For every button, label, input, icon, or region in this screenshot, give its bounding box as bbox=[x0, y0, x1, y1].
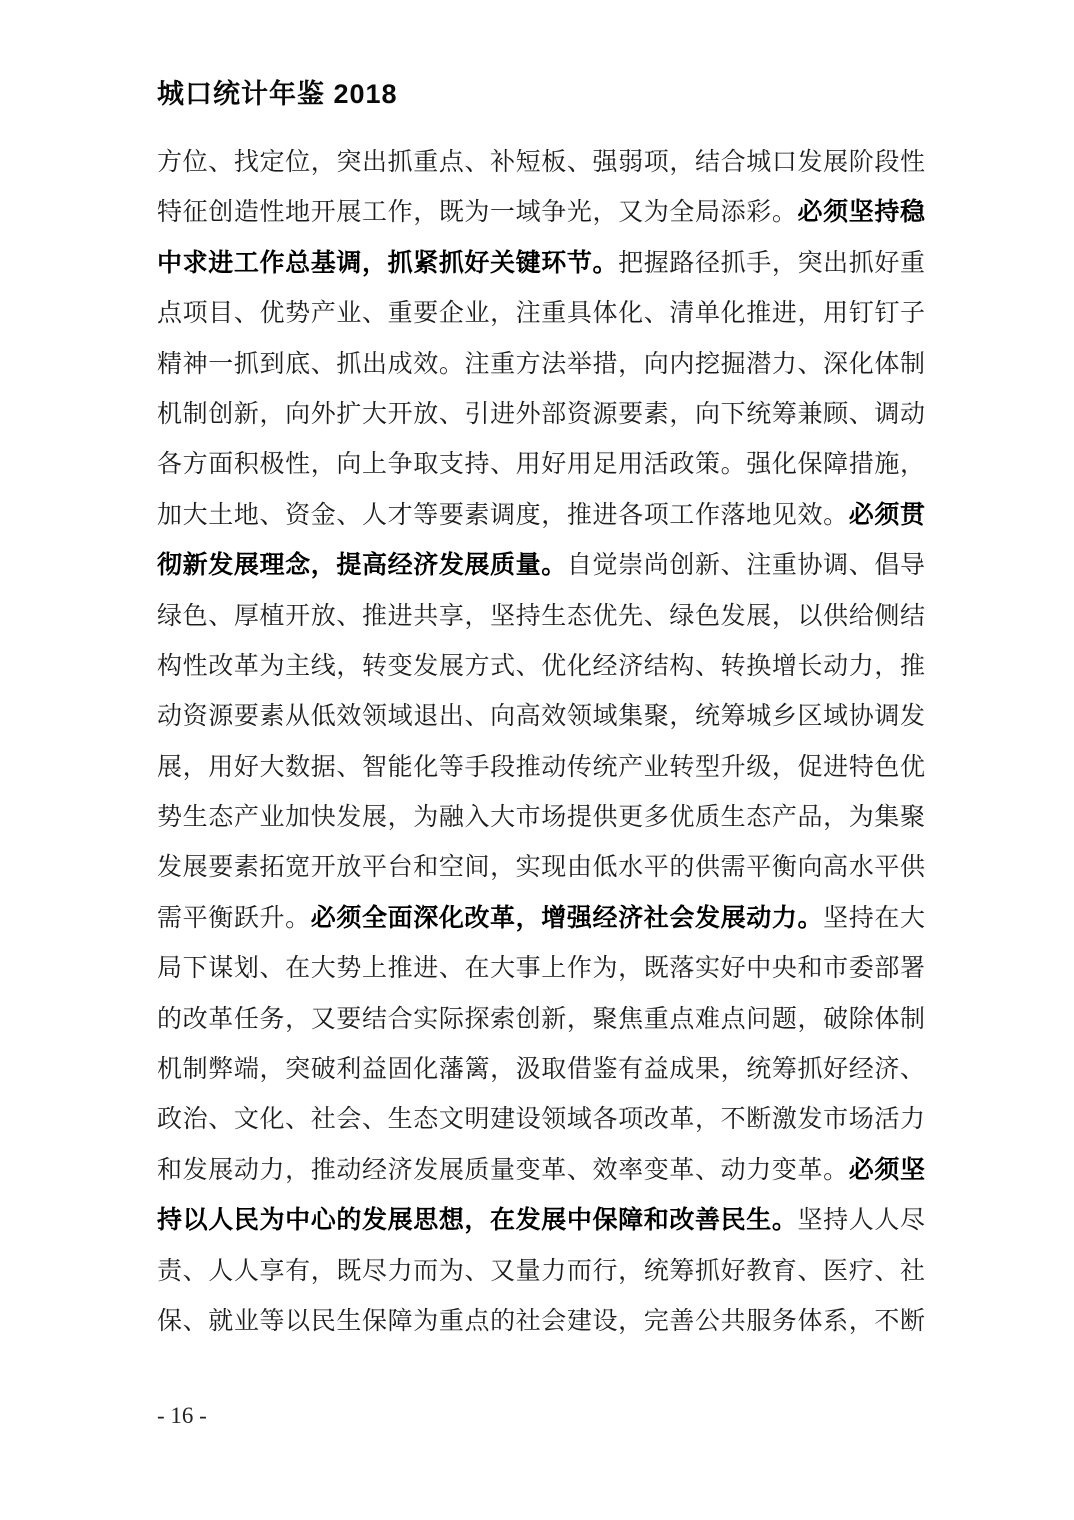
text-line: 精神一抓到底、抓出成效。注重方法举措，向内挖掘潜力、深化体制 bbox=[157, 340, 925, 390]
document-title: 城口统计年鉴 2018 bbox=[157, 78, 398, 110]
text-segment: 特征创造性地开展工作，既为一域争光，又为全局添彩。 bbox=[157, 199, 798, 226]
text-line: 责、人人享有，既尽力而为、又量力而行，统筹抓好教育、医疗、社 bbox=[157, 1247, 925, 1297]
text-segment: 机制弊端，突破利益固化藩篱，汲取借鉴有益成果，统筹抓好经济、 bbox=[157, 1056, 925, 1083]
text-line: 需平衡跃升。必须全面深化改革，增强经济社会发展动力。坚持在大 bbox=[157, 894, 925, 944]
text-segment: 坚持在大 bbox=[823, 905, 925, 932]
bold-text-segment: 必须全面深化改革，增强经济社会发展动力。 bbox=[311, 905, 823, 932]
text-segment: 机制创新，向外扩大开放、引进外部资源要素，向下统筹兼顾、调动 bbox=[157, 401, 925, 428]
body-text: 方位、找定位，突出抓重点、补短板、强弱项，结合城口发展阶段性特征创造性地开展工作… bbox=[157, 138, 925, 1347]
text-line: 展，用好大数据、智能化等手段推动传统产业转型升级，促进特色优 bbox=[157, 743, 925, 793]
text-segment: 把握路径抓手，突出抓好重 bbox=[618, 250, 925, 277]
text-segment: 加大土地、资金、人才等要素调度，推进各项工作落地见效。 bbox=[157, 502, 849, 529]
text-segment: 政治、文化、社会、生态文明建设领域各项改革，不断激发市场活力 bbox=[157, 1106, 925, 1133]
text-line: 彻新发展理念，提高经济发展质量。自觉崇尚创新、注重协调、倡导 bbox=[157, 541, 925, 591]
text-segment: 局下谋划、在大势上推进、在大事上作为，既落实好中央和市委部署 bbox=[157, 955, 925, 982]
text-segment: 势生态产业加快发展，为融入大市场提供更多优质生态产品，为集聚 bbox=[157, 804, 925, 831]
text-segment: 的改革任务，又要结合实际探索创新，聚焦重点难点问题，破除体制 bbox=[157, 1006, 925, 1033]
text-line: 动资源要素从低效领域退出、向高效领域集聚，统筹城乡区域协调发 bbox=[157, 692, 925, 742]
text-line: 机制弊端，突破利益固化藩篱，汲取借鉴有益成果，统筹抓好经济、 bbox=[157, 1045, 925, 1095]
text-line: 构性改革为主线，转变发展方式、优化经济结构、转换增长动力，推 bbox=[157, 642, 925, 692]
bold-text-segment: 必须贯 bbox=[849, 502, 925, 529]
text-line: 和发展动力，推动经济发展质量变革、效率变革、动力变革。必须坚 bbox=[157, 1146, 925, 1196]
text-line: 势生态产业加快发展，为融入大市场提供更多优质生态产品，为集聚 bbox=[157, 793, 925, 843]
text-line: 各方面积极性，向上争取支持、用好用足用活政策。强化保障措施， bbox=[157, 440, 925, 490]
text-line: 发展要素拓宽开放平台和空间，实现由低水平的供需平衡向高水平供 bbox=[157, 843, 925, 893]
text-line: 的改革任务，又要结合实际探索创新，聚焦重点难点问题，破除体制 bbox=[157, 995, 925, 1045]
bold-text-segment: 持以人民为中心的发展思想，在发展中保障和改善民生。 bbox=[157, 1207, 798, 1234]
text-segment: 动资源要素从低效领域退出、向高效领域集聚，统筹城乡区域协调发 bbox=[157, 703, 925, 730]
text-segment: 方位、找定位，突出抓重点、补短板、强弱项，结合城口发展阶段性 bbox=[157, 149, 925, 176]
text-line: 机制创新，向外扩大开放、引进外部资源要素，向下统筹兼顾、调动 bbox=[157, 390, 925, 440]
text-segment: 需平衡跃升。 bbox=[157, 905, 311, 932]
text-segment: 自觉崇尚创新、注重协调、倡导 bbox=[567, 552, 925, 579]
bold-text-segment: 中求进工作总基调，抓紧抓好关键环节。 bbox=[157, 250, 618, 277]
text-line: 绿色、厚植开放、推进共享，坚持生态优先、绿色发展，以供给侧结 bbox=[157, 592, 925, 642]
text-segment: 点项目、优势产业、重要企业，注重具体化、清单化推进，用钉钉子 bbox=[157, 300, 925, 327]
text-line: 中求进工作总基调，抓紧抓好关键环节。把握路径抓手，突出抓好重 bbox=[157, 239, 925, 289]
text-segment: 展，用好大数据、智能化等手段推动传统产业转型升级，促进特色优 bbox=[157, 754, 925, 781]
text-segment: 保、就业等以民生保障为重点的社会建设，完善公共服务体系，不断 bbox=[157, 1308, 925, 1335]
text-line: 加大土地、资金、人才等要素调度，推进各项工作落地见效。必须贯 bbox=[157, 491, 925, 541]
bold-text-segment: 彻新发展理念，提高经济发展质量。 bbox=[157, 552, 567, 579]
text-segment: 各方面积极性，向上争取支持、用好用足用活政策。强化保障措施， bbox=[157, 451, 925, 478]
text-segment: 发展要素拓宽开放平台和空间，实现由低水平的供需平衡向高水平供 bbox=[157, 854, 925, 881]
text-segment: 构性改革为主线，转变发展方式、优化经济结构、转换增长动力，推 bbox=[157, 653, 925, 680]
text-segment: 责、人人享有，既尽力而为、又量力而行，统筹抓好教育、医疗、社 bbox=[157, 1258, 925, 1285]
text-line: 保、就业等以民生保障为重点的社会建设，完善公共服务体系，不断 bbox=[157, 1297, 925, 1347]
text-line: 持以人民为中心的发展思想，在发展中保障和改善民生。坚持人人尽 bbox=[157, 1196, 925, 1246]
text-line: 政治、文化、社会、生态文明建设领域各项改革，不断激发市场活力 bbox=[157, 1095, 925, 1145]
text-segment: 绿色、厚植开放、推进共享，坚持生态优先、绿色发展，以供给侧结 bbox=[157, 603, 925, 630]
text-line: 局下谋划、在大势上推进、在大事上作为，既落实好中央和市委部署 bbox=[157, 944, 925, 994]
text-line: 特征创造性地开展工作，既为一域争光，又为全局添彩。必须坚持稳 bbox=[157, 188, 925, 238]
document-page: 城口统计年鉴 2018 方位、找定位，突出抓重点、补短板、强弱项，结合城口发展阶… bbox=[0, 0, 1074, 1520]
text-segment: 精神一抓到底、抓出成效。注重方法举措，向内挖掘潜力、深化体制 bbox=[157, 351, 925, 378]
text-line: 方位、找定位，突出抓重点、补短板、强弱项，结合城口发展阶段性 bbox=[157, 138, 925, 188]
text-segment: 坚持人人尽 bbox=[798, 1207, 925, 1234]
bold-text-segment: 必须坚持稳 bbox=[798, 199, 925, 226]
text-line: 点项目、优势产业、重要企业，注重具体化、清单化推进，用钉钉子 bbox=[157, 289, 925, 339]
text-segment: 和发展动力，推动经济发展质量变革、效率变革、动力变革。 bbox=[157, 1157, 849, 1184]
bold-text-segment: 必须坚 bbox=[849, 1157, 925, 1184]
page-number: - 16 - bbox=[157, 1402, 207, 1430]
